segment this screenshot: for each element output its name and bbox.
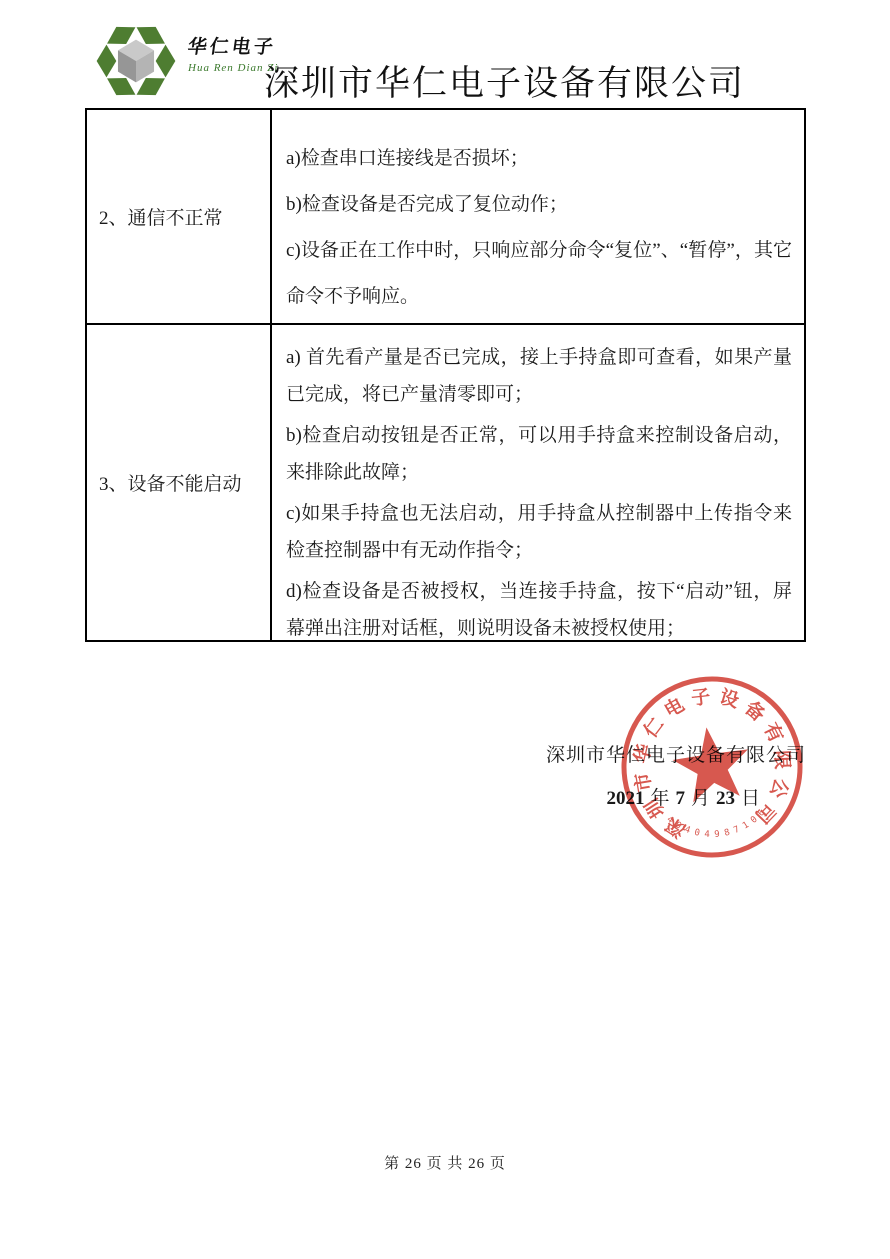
- fault-steps: a)检查串口连接线是否损坏； b)检查设备是否完成了复位动作； c)设备正在工作…: [272, 110, 804, 323]
- step-item: c)设备正在工作中时，只响应部分命令“复位”、“暂停”，其它命令不予响应。: [286, 228, 792, 320]
- page-title: 深圳市华仁电子设备有限公司: [264, 56, 824, 106]
- step-item: d)检查设备是否被授权，当连接手持盒，按下“启动”钮，屏幕弹出注册对话框，则说明…: [286, 573, 792, 640]
- company-seal-stamp: 深圳市华仁电子设备有限公司 40404987106: [605, 660, 820, 875]
- seal-star-icon: [669, 722, 754, 804]
- table-row: 2、通信不正常 a)检查串口连接线是否损坏； b)检查设备是否完成了复位动作； …: [87, 110, 804, 325]
- company-logo-icon: [90, 20, 182, 102]
- step-item: a) 首先看产量是否已完成，接上手持盒即可查看，如果产量已完成，将已产量清零即可…: [286, 339, 792, 413]
- fault-steps: a) 首先看产量是否已完成，接上手持盒即可查看，如果产量已完成，将已产量清零即可…: [272, 325, 804, 640]
- fault-table: 2、通信不正常 a)检查串口连接线是否损坏； b)检查设备是否完成了复位动作； …: [85, 108, 806, 642]
- step-item: b)检查设备是否完成了复位动作；: [286, 182, 792, 228]
- page-number: 第 26 页 共 26 页: [0, 1152, 890, 1173]
- fault-label: 2、通信不正常: [87, 110, 272, 323]
- step-item: b)检查启动按钮是否正常，可以用手持盒来控制设备启动，来排除此故障；: [286, 417, 792, 491]
- document-page: 华仁电子 Hua Ren Dian Zi 深圳市华仁电子设备有限公司 2、通信不…: [0, 0, 890, 1259]
- step-item: c)如果手持盒也无法启动，用手持盒从控制器中上传指令来检查控制器中有无动作指令；: [286, 495, 792, 569]
- fault-label: 3、设备不能启动: [87, 325, 272, 640]
- step-item: a)检查串口连接线是否损坏；: [286, 136, 792, 182]
- table-row: 3、设备不能启动 a) 首先看产量是否已完成，接上手持盒即可查看，如果产量已完成…: [87, 325, 804, 640]
- brand-name-cn: 华仁电子: [186, 32, 340, 59]
